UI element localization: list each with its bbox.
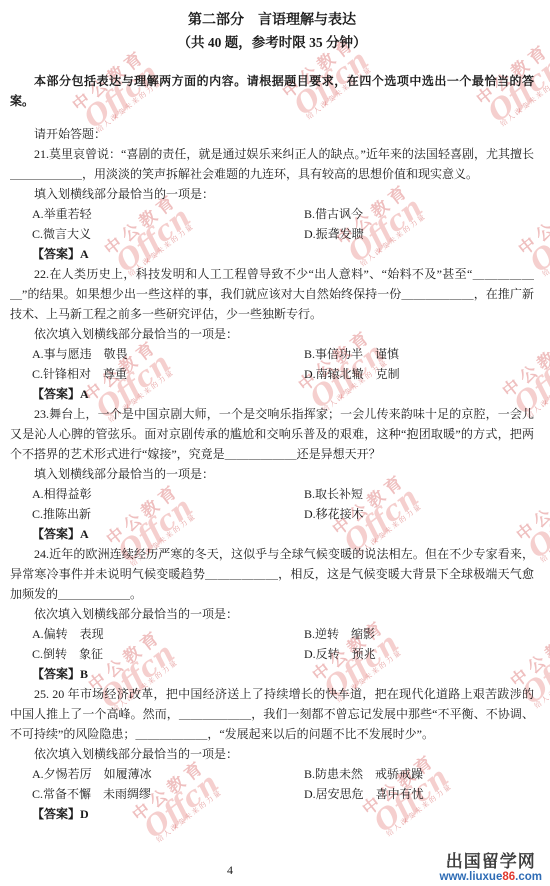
question-stem: 22.在人类历史上，科技发明和人工工程曾导致不少“出人意料”、“始料不及”甚至“… (10, 264, 534, 324)
question-25: 25. 20 年市场经济改革，把中国经济送上了持续增长的快车道，把在现代化道路上… (10, 684, 534, 824)
question-stem: 25. 20 年市场经济改革，把中国经济送上了持续增长的快车道，把在现代化道路上… (10, 684, 534, 744)
exam-paper-page: 中公教育 Offcn 给人改变未来的力量 中公教育 Offcn 给人改变未来的力… (0, 0, 550, 886)
option-row: A.事与愿违 敬畏 B.事倍功半 谨慎 (10, 344, 534, 364)
liuxue86-logo: 出国留学网 www.liuxue86.com (440, 853, 542, 883)
option-row: C.微言大义 D.振聋发聩 (10, 224, 534, 244)
option-b: B.防患未然 戒骄戒躁 (304, 764, 534, 784)
option-row: A.偏转 表现 B.逆转 缩影 (10, 624, 534, 644)
answer-label: 【答案】A (10, 244, 534, 264)
question-prompt: 依次填入划横线部分最恰当的一项是： (10, 744, 534, 764)
question-prompt: 依次填入划横线部分最恰当的一项是： (10, 324, 534, 344)
start-prompt: 请开始答题： (10, 124, 534, 144)
question-24: 24.近年的欧洲连续经历严寒的冬天，这似乎与全球气候变暖的说法相左。但在不少专家… (10, 544, 534, 684)
answer-label: 【答案】D (10, 804, 534, 824)
question-prompt: 填入划横线部分最恰当的一项是： (10, 184, 534, 204)
option-row: A.相得益彰 B.取长补短 (10, 484, 534, 504)
option-c: C.倒转 象征 (32, 644, 304, 664)
site-url: www.liuxue86.com (440, 871, 542, 883)
option-b: B.事倍功半 谨慎 (304, 344, 534, 364)
question-22: 22.在人类历史上，科技发明和人工工程曾导致不少“出人意料”、“始料不及”甚至“… (10, 264, 534, 404)
option-d: D.反转 预兆 (304, 644, 534, 664)
option-a: A.事与愿违 敬畏 (32, 344, 304, 364)
option-a: A.相得益彰 (32, 484, 304, 504)
question-stem: 21.莫里哀曾说：“喜剧的责任，就是通过娱乐来纠正人的缺点。”近年来的法国轻喜剧… (10, 144, 534, 184)
option-row: C.常备不懈 未雨绸缪 D.居安思危 喜中有忧 (10, 784, 534, 804)
url-prefix: www.liuxue (440, 871, 503, 883)
site-name: 出国留学网 (440, 853, 542, 871)
option-a: A.夕惕若厉 如履薄冰 (32, 764, 304, 784)
option-d: D.居安思危 喜中有忧 (304, 784, 534, 804)
option-c: C.针锋相对 尊重 (32, 364, 304, 384)
answer-label: 【答案】B (10, 664, 534, 684)
question-23: 23.舞台上，一个是中国京剧大师，一个是交响乐指挥家；一会儿传来韵味十足的京腔，… (10, 404, 534, 544)
question-21: 21.莫里哀曾说：“喜剧的责任，就是通过娱乐来纠正人的缺点。”近年来的法国轻喜剧… (10, 144, 534, 264)
question-stem: 24.近年的欧洲连续经历严寒的冬天，这似乎与全球气候变暖的说法相左。但在不少专家… (10, 544, 534, 604)
question-stem: 23.舞台上，一个是中国京剧大师，一个是交响乐指挥家；一会儿传来韵味十足的京腔，… (10, 404, 534, 464)
option-b: B.取长补短 (304, 484, 534, 504)
option-c: C.微言大义 (32, 224, 304, 244)
url-suffix: .com (515, 871, 542, 883)
page-number: 4 (0, 860, 460, 880)
question-prompt: 填入划横线部分最恰当的一项是： (10, 464, 534, 484)
option-d: D.南辕北辙 克制 (304, 364, 534, 384)
option-a: A.举重若轻 (32, 204, 304, 224)
section-subtitle: （共 40 题，参考时限 35 分钟） (10, 32, 534, 54)
option-a: A.偏转 表现 (32, 624, 304, 644)
option-row: C.倒转 象征 D.反转 预兆 (10, 644, 534, 664)
option-d: D.移花接木 (304, 504, 534, 524)
option-c: C.常备不懈 未雨绸缪 (32, 784, 304, 804)
option-row: A.举重若轻 B.借古讽今 (10, 204, 534, 224)
option-row: A.夕惕若厉 如履薄冰 B.防患未然 戒骄戒躁 (10, 764, 534, 784)
document-content: 第二部分 言语理解与表达 （共 40 题，参考时限 35 分钟） 本部分包括表达… (0, 0, 550, 824)
option-d: D.振聋发聩 (304, 224, 534, 244)
answer-label: 【答案】A (10, 524, 534, 544)
option-b: B.逆转 缩影 (304, 624, 534, 644)
answer-label: 【答案】A (10, 384, 534, 404)
option-row: C.推陈出新 D.移花接木 (10, 504, 534, 524)
option-c: C.推陈出新 (32, 504, 304, 524)
url-number: 86 (502, 871, 515, 883)
section-title: 第二部分 言语理解与表达 (10, 10, 534, 32)
option-b: B.借古讽今 (304, 204, 534, 224)
option-row: C.针锋相对 尊重 D.南辕北辙 克制 (10, 364, 534, 384)
section-intro: 本部分包括表达与理解两方面的内容。请根据题目要求，在四个选项中选出一个最恰当的答… (10, 71, 534, 111)
question-prompt: 依次填入划横线部分最恰当的一项是： (10, 604, 534, 624)
